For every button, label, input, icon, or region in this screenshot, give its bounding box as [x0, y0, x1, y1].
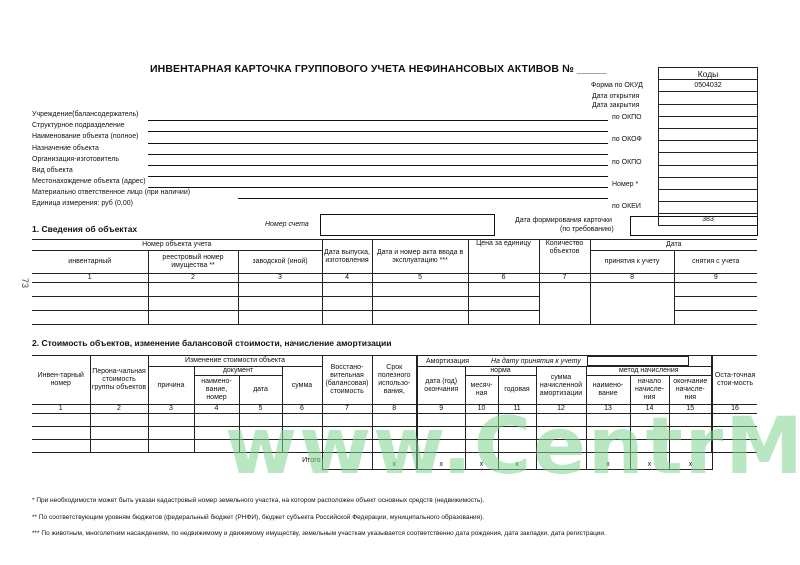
table-cell[interactable] [669, 440, 712, 453]
table-cell[interactable] [322, 427, 372, 440]
section2-title: 2. Стоимость объектов, изменение балансо… [32, 338, 391, 348]
col-num: 5 [239, 405, 282, 414]
table-cell[interactable] [586, 427, 630, 440]
header-unit-price: Цена за единицу [468, 240, 539, 274]
footnote-1: * При необходимости может быть указан ка… [32, 497, 484, 505]
field-label-unit: Единица измерения: руб (0,00) [32, 200, 133, 208]
okud-code[interactable]: 0504032 [659, 80, 758, 92]
header-inventory: инвентарный [32, 251, 148, 274]
table-cell[interactable] [372, 297, 468, 311]
empty-cell [239, 453, 282, 470]
header-release-date: Дата выпуска, изготовления [322, 240, 372, 274]
table-cell[interactable] [417, 440, 465, 453]
on-acceptance-input[interactable] [587, 356, 689, 366]
col-num: 14 [630, 405, 669, 414]
total-x-mark: x [586, 453, 630, 470]
table-cell[interactable] [32, 297, 148, 311]
col-num: 4 [194, 405, 239, 414]
date-open-code[interactable] [659, 92, 758, 104]
empty-code-1[interactable] [659, 128, 758, 140]
table-cell[interactable] [90, 440, 148, 453]
col-num: 4 [322, 274, 372, 283]
table-cell[interactable] [586, 414, 630, 427]
header-end: окончание начисле-ния [669, 376, 712, 405]
table-cell[interactable] [148, 427, 194, 440]
table-cell[interactable] [465, 414, 498, 427]
objects-table: Номер объекта учета Дата выпуска, изгото… [32, 239, 757, 325]
date-close-label: Дата закрытия [592, 102, 639, 110]
card-date-sublabel: (по требованию) [560, 226, 614, 234]
table-cell[interactable] [148, 440, 194, 453]
field-label-location: Местонахождение объекта (адрес) [32, 178, 146, 186]
margin-handwritten-mark: 73 [20, 278, 30, 288]
table-cell[interactable] [282, 414, 322, 427]
field-label-institution: Учреждение(балансодержатель) [32, 111, 139, 119]
okud-label: Форма по ОКУД [591, 82, 643, 90]
field-line-responsible[interactable] [238, 198, 608, 199]
total-x-mark: x [372, 453, 417, 470]
total-x-mark: x [417, 453, 465, 470]
header-inventory-number: Инвен-тарный номер [32, 356, 90, 405]
col-num: 10 [465, 405, 498, 414]
empty-cell [148, 453, 194, 470]
header-commission: Дата и номер акта ввода в эксплуатацию *… [372, 240, 468, 274]
col-num: 16 [712, 405, 757, 414]
footnote-3: *** По животным, многолетним насаждениям… [32, 530, 606, 538]
table-cell[interactable] [90, 427, 148, 440]
table-cell[interactable] [239, 440, 282, 453]
empty-cell [90, 453, 148, 470]
table-cell[interactable] [322, 311, 372, 325]
table-cell[interactable] [372, 440, 417, 453]
table-cell[interactable] [536, 427, 586, 440]
col-num: 6 [282, 405, 322, 414]
table-cell[interactable] [674, 311, 757, 325]
number-code[interactable] [659, 189, 758, 201]
header-date: Дата [590, 240, 757, 251]
number-label: Номер * [612, 181, 638, 189]
table-cell-quantity[interactable] [539, 283, 590, 325]
table-cell[interactable] [712, 414, 757, 427]
table-cell[interactable] [194, 414, 239, 427]
field-line-institution[interactable] [148, 120, 608, 121]
table-cell[interactable] [669, 414, 712, 427]
table-cell[interactable] [32, 283, 148, 297]
table-cell[interactable] [238, 297, 322, 311]
table-cell[interactable] [322, 297, 372, 311]
table-cell[interactable] [32, 414, 90, 427]
section1-title: 1. Сведения об объектах [32, 224, 137, 234]
table-cell[interactable] [239, 414, 282, 427]
codes-header: Коды [659, 68, 758, 80]
okof-label: по ОКОФ [612, 136, 642, 144]
table-cell[interactable] [148, 283, 238, 297]
col-num: 12 [536, 405, 586, 414]
okof-code[interactable] [659, 141, 758, 153]
header-doc-date: дата [239, 376, 282, 405]
okei-label: по ОКЕИ [612, 203, 641, 211]
header-residual: Оста-точная стои-мость [712, 356, 757, 405]
field-line-purpose[interactable] [148, 154, 608, 155]
table-cell[interactable] [630, 427, 669, 440]
table-cell[interactable] [90, 414, 148, 427]
table-cell[interactable] [238, 311, 322, 325]
table-cell[interactable] [498, 414, 536, 427]
table-cell[interactable] [465, 440, 498, 453]
header-factory: заводской (иной) [238, 251, 322, 274]
field-label-purpose: Назначение объекта [32, 145, 99, 153]
table-cell[interactable] [498, 427, 536, 440]
total-x-mark: x [498, 453, 536, 470]
col-num: 6 [468, 274, 539, 283]
table-cell[interactable] [32, 427, 90, 440]
table-cell[interactable] [417, 414, 465, 427]
on-acceptance-label: На дату принятия к учету [471, 358, 581, 365]
field-label-manufacturer: Организация-изготовитель [32, 156, 119, 164]
table-cell[interactable] [194, 427, 239, 440]
table-cell[interactable] [630, 414, 669, 427]
table-cell[interactable] [322, 440, 372, 453]
col-num: 1 [32, 405, 90, 414]
field-label-responsible: Материально ответственное лицо (при нали… [32, 189, 190, 197]
codes-table: Коды 0504032 383 [658, 67, 758, 226]
okpo-manufacturer-code[interactable] [659, 165, 758, 177]
col-num: 3 [148, 405, 194, 414]
table-cell[interactable] [282, 440, 322, 453]
col-num: 7 [539, 274, 590, 283]
table-cell[interactable] [372, 311, 468, 325]
header-doc-name: наимено-вание, номер [194, 376, 239, 405]
header-end-date: дата (год) окончания [417, 367, 465, 405]
header-sum: сумма [282, 367, 322, 405]
total-cell[interactable] [536, 453, 586, 470]
table-cell[interactable] [586, 440, 630, 453]
col-num: 15 [669, 405, 712, 414]
header-amortization: Амортизация На дату принятия к учету [417, 356, 712, 367]
table-cell[interactable] [674, 297, 757, 311]
header-yearly: годовая [498, 376, 536, 405]
header-replacement-cost: Восстано-вительная (балансовая) стоимост… [322, 356, 372, 405]
total-x-mark: x [669, 453, 712, 470]
amortization-label: Амортизация [418, 358, 469, 365]
okpo-label: по ОКПО [612, 114, 642, 122]
table-cell[interactable] [712, 427, 757, 440]
okpo-code[interactable] [659, 116, 758, 128]
table-cell[interactable] [372, 427, 417, 440]
field-line-manufacturer[interactable] [148, 165, 608, 166]
date-close-code[interactable] [659, 104, 758, 116]
table-cell[interactable] [417, 427, 465, 440]
table-cell[interactable] [32, 440, 90, 453]
total-label: Итого [282, 453, 322, 470]
field-line-object-type[interactable] [148, 176, 608, 177]
table-cell[interactable] [148, 297, 238, 311]
okpo-manufacturer-label: по ОКПО [612, 159, 642, 167]
col-num: 8 [590, 274, 674, 283]
table-cell[interactable] [468, 311, 539, 325]
table-cell[interactable] [239, 427, 282, 440]
header-accepted: принятия к учету [590, 251, 674, 274]
col-num: 13 [586, 405, 630, 414]
table-cell[interactable] [468, 297, 539, 311]
field-label-object-name: Наименование объекта (полное) [32, 133, 138, 141]
header-cost-change: Изменение стоимости объекта [148, 356, 322, 367]
col-num: 3 [238, 274, 322, 283]
account-number-label: Номер счета [265, 221, 309, 229]
header-monthly: месяч-ная [465, 376, 498, 405]
date-open-label: Дата открытия [592, 93, 639, 101]
table-cell[interactable] [536, 440, 586, 453]
table-cell[interactable] [669, 427, 712, 440]
col-num: 1 [32, 274, 148, 283]
table-cell[interactable] [238, 283, 322, 297]
table-cell[interactable] [148, 414, 194, 427]
account-number-input[interactable] [320, 214, 495, 236]
empty-cell [32, 453, 90, 470]
field-line-object-name[interactable] [148, 143, 608, 144]
empty-code-3[interactable] [659, 177, 758, 189]
table-cell[interactable] [148, 311, 238, 325]
header-method-name: наимено-вание [586, 376, 630, 405]
field-label-subdivision: Структурное подразделение [32, 122, 125, 130]
field-label-object-type: Вид объекта [32, 167, 73, 175]
field-line-location[interactable] [148, 187, 608, 188]
card-date-input[interactable] [630, 216, 758, 236]
header-method: метод начисления [586, 367, 712, 376]
table-cell[interactable] [498, 440, 536, 453]
col-num: 8 [372, 405, 417, 414]
col-num: 2 [148, 274, 238, 283]
header-norm: норма [465, 367, 536, 376]
header-removed: снятия с учета [674, 251, 757, 274]
empty-cell [194, 453, 239, 470]
table-cell[interactable] [674, 283, 757, 297]
header-useful-life: Срок полезного использо-вания, [372, 356, 417, 405]
table-cell[interactable] [372, 283, 468, 297]
header-registry: реестровый номер имущества ** [148, 251, 238, 274]
table-cell[interactable] [372, 414, 417, 427]
header-quantity: Количество объектов [539, 240, 590, 274]
table-cell[interactable] [630, 440, 669, 453]
header-object-number: Номер объекта учета [32, 240, 322, 251]
header-initial-cost: Перона-чальная стоимость группы объектов [90, 356, 148, 405]
col-num: 2 [90, 405, 148, 414]
table-cell-accepted[interactable] [590, 283, 674, 325]
footnote-2: ** По соответствующим уровням бюджетов (… [32, 514, 484, 522]
empty-code-4[interactable] [659, 202, 758, 214]
header-document: документ [194, 367, 282, 376]
page-title: ИНВЕНТАРНАЯ КАРТОЧКА ГРУППОВОГО УЧЕТА НЕ… [150, 63, 607, 75]
total-x-mark: x [630, 453, 669, 470]
col-num: 9 [674, 274, 757, 283]
total-x-mark: x [465, 453, 498, 470]
table-cell[interactable] [32, 311, 148, 325]
col-num: 9 [417, 405, 465, 414]
field-line-subdivision[interactable] [148, 131, 608, 132]
table-cell[interactable] [322, 414, 372, 427]
col-num: 7 [322, 405, 372, 414]
header-start: начало начисле-ния [630, 376, 669, 405]
col-num: 5 [372, 274, 468, 283]
table-cell[interactable] [322, 283, 372, 297]
table-cell[interactable] [465, 427, 498, 440]
table-cell[interactable] [468, 283, 539, 297]
col-num: 11 [498, 405, 536, 414]
total-cell [712, 453, 757, 470]
table-cell[interactable] [712, 440, 757, 453]
table-cell[interactable] [536, 414, 586, 427]
cost-table: Инвен-тарный номер Перона-чальная стоимо… [32, 355, 757, 470]
table-cell[interactable] [194, 440, 239, 453]
total-cell[interactable] [322, 453, 372, 470]
card-date-label: Дата формирования карточки [515, 217, 612, 225]
header-reason: причина [148, 367, 194, 405]
header-accrued-sum: сумма начисленной амортизации [536, 367, 586, 405]
empty-code-2[interactable] [659, 153, 758, 165]
table-cell[interactable] [282, 427, 322, 440]
